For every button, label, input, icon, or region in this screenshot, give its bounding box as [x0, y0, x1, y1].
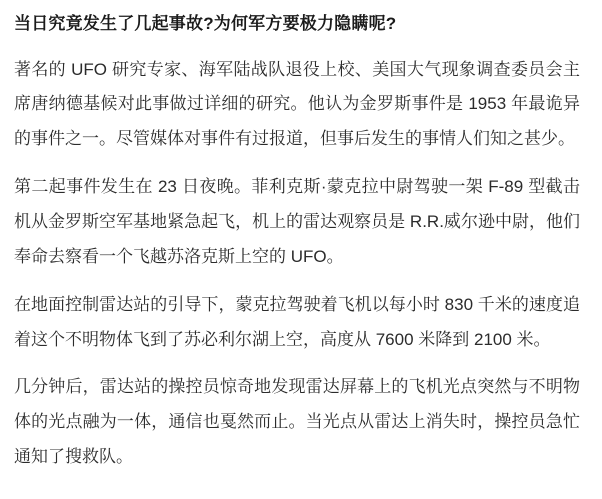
paragraph-2: 第二起事件发生在 23 日夜晚。菲利克斯·蒙克拉中尉驾驶一架 F-89 型截击机… [14, 170, 580, 275]
paragraph-1: 著名的 UFO 研究专家、海军陆战队退役上校、美国大气现象调查委员会主席唐纳德基… [14, 53, 580, 158]
article-title: 当日究竟发生了几起事故?为何军方要极力隐瞒呢? [14, 12, 580, 37]
article-page: 当日究竟发生了几起事故?为何军方要极力隐瞒呢? 著名的 UFO 研究专家、海军陆… [0, 0, 602, 475]
paragraph-3: 在地面控制雷达站的引导下，蒙克拉驾驶着飞机以每小时 830 千米的速度追着这个不… [14, 288, 580, 358]
paragraph-4: 几分钟后，雷达站的操控员惊奇地发现雷达屏幕上的飞机光点突然与不明物体的光点融为一… [14, 370, 580, 475]
